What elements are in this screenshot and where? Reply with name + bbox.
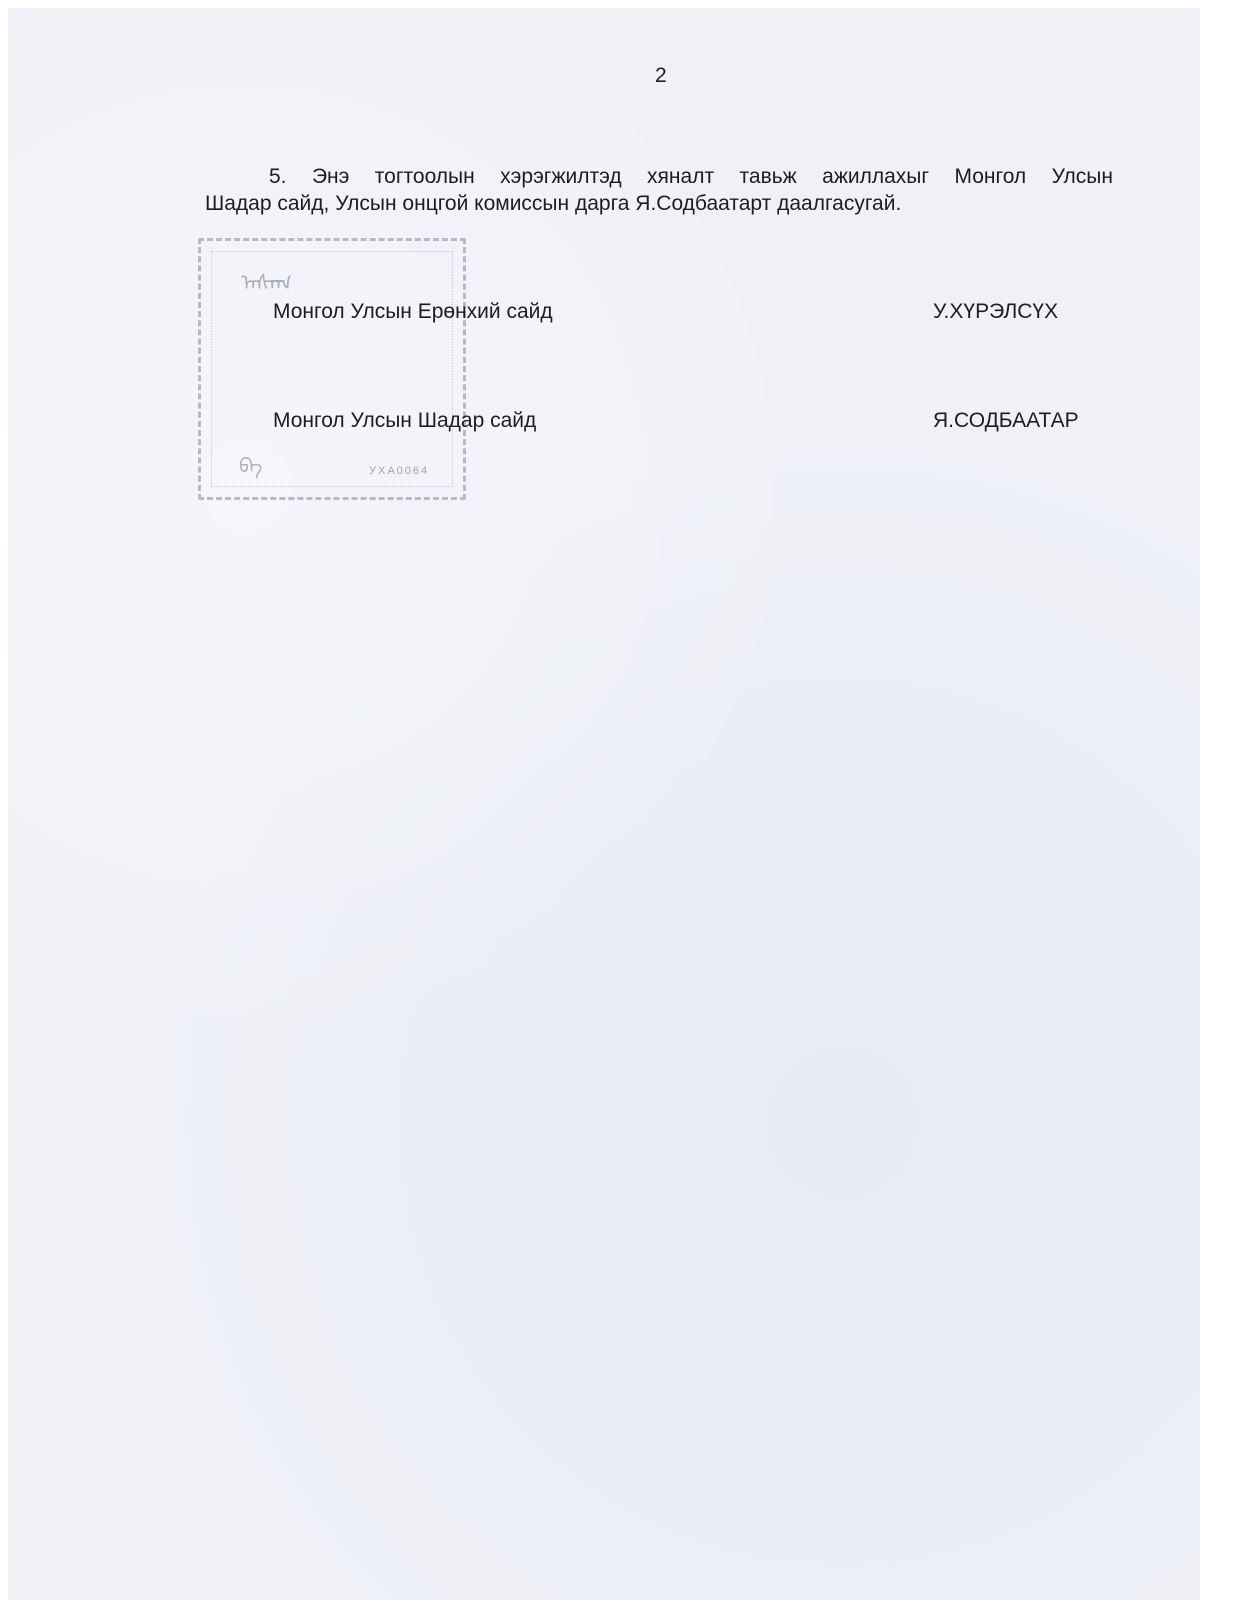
paragraph-line-1: 5. Энэ тогтоолын хэрэгжилтэд хяналт тавь… xyxy=(205,163,1113,190)
resolution-paragraph: 5. Энэ тогтоолын хэрэгжилтэд хяналт тавь… xyxy=(205,163,1113,217)
page-number: 2 xyxy=(655,64,667,88)
stamp-script-top: ᠠᠰᠠᠭ xyxy=(241,259,292,297)
official-stamp: ᠠᠰᠠᠭ ᠪᠠ УХА0064 xyxy=(198,238,466,500)
signatory-name-deputy-prime-minister: Я.СОДБААТАР xyxy=(933,409,1079,433)
scanned-page: 2 5. Энэ тогтоолын хэрэгжилтэд хяналт та… xyxy=(8,8,1200,1600)
stamp-code: УХА0064 xyxy=(369,465,429,477)
signatory-title-prime-minister: Монгол Улсын Ерөнхий сайд xyxy=(273,300,553,324)
stamp-script-bottom: ᠪᠠ xyxy=(239,444,262,479)
paragraph-line-2: Шадар сайд, Улсын онцгой комиссын дарга … xyxy=(205,190,1113,217)
signatory-title-deputy-prime-minister: Монгол Улсын Шадар сайд xyxy=(273,409,536,433)
signatory-name-prime-minister: У.ХҮРЭЛСҮХ xyxy=(933,300,1058,324)
